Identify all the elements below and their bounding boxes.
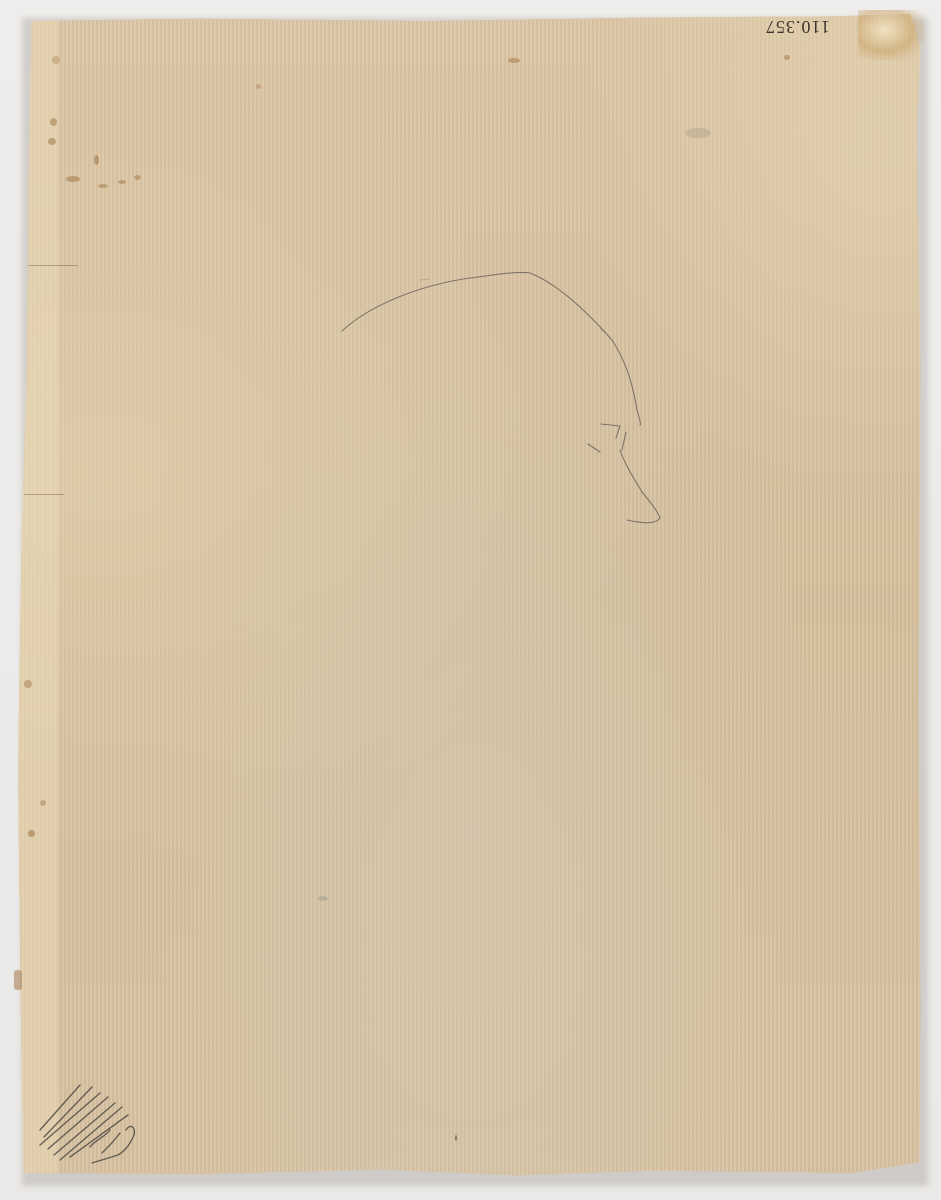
pencil-scribble <box>30 1075 150 1165</box>
stain <box>14 970 22 990</box>
stain <box>508 58 520 63</box>
paper-sheet <box>18 14 924 1180</box>
stain <box>685 128 711 138</box>
stain <box>318 896 328 901</box>
stain <box>98 184 108 188</box>
stain <box>50 118 57 126</box>
stain <box>40 800 46 806</box>
inventory-number: 110.357 <box>765 16 830 37</box>
stain <box>256 84 261 89</box>
stain <box>94 155 99 165</box>
scan-background: 110.357 <box>0 0 941 1200</box>
stain <box>66 176 80 182</box>
stain <box>134 175 141 180</box>
corner-damage <box>858 10 924 60</box>
crease-line <box>28 265 78 266</box>
crease-line <box>24 494 64 495</box>
stain <box>784 55 790 60</box>
stain <box>24 680 32 688</box>
stain <box>455 1135 457 1141</box>
stain <box>28 830 35 837</box>
stain <box>118 180 126 184</box>
stain <box>52 56 60 64</box>
stain <box>48 138 56 145</box>
